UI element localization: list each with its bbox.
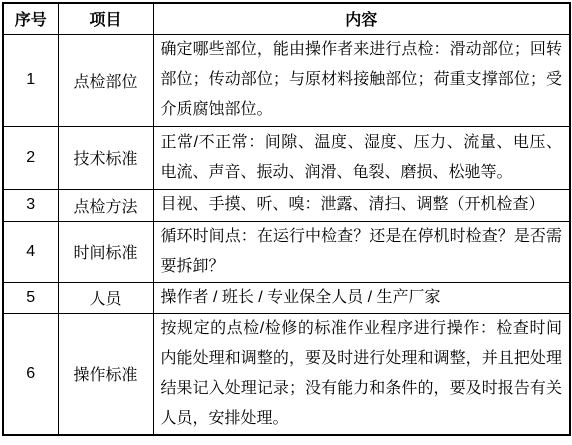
item-cell: 时间标准 (58, 221, 153, 282)
row-number-cell: 3 (3, 189, 58, 221)
content-cell: 循环时间点：在运行中检查？还是在停机时检查？是否需要拆卸？ (153, 221, 570, 282)
content-cell: 正常/不正常：间隙、温度、湿度、压力、流量、电压、电流、声音、振动、润滑、龟裂、… (153, 126, 570, 189)
document-page: 序号 项目 内容 1 点检部位 确定哪些部位，能由操作者来进行点检：滑动部位；回… (0, 0, 572, 445)
row-number-cell: 5 (3, 282, 58, 313)
item-cell: 操作标准 (58, 313, 153, 435)
table-row: 2 技术标准 正常/不正常：间隙、温度、湿度、压力、流量、电压、电流、声音、振动… (3, 126, 570, 189)
item-cell: 点检部位 (58, 34, 153, 126)
header-number: 序号 (3, 3, 58, 34)
table-row: 4 时间标准 循环时间点：在运行中检查？还是在停机时检查？是否需要拆卸？ (3, 221, 570, 282)
table-row: 6 操作标准 按规定的点检/检修的标准作业程序进行操作：检查时间内能处理和调整的… (3, 313, 570, 435)
content-cell: 操作者 / 班长 / 专业保全人员 / 生产厂家 (153, 282, 570, 313)
item-cell: 技术标准 (58, 126, 153, 189)
item-cell: 点检方法 (58, 189, 153, 221)
item-cell: 人员 (58, 282, 153, 313)
table-row: 5 人员 操作者 / 班长 / 专业保全人员 / 生产厂家 (3, 282, 570, 313)
row-number-cell: 2 (3, 126, 58, 189)
header-item: 项目 (58, 3, 153, 34)
row-number-cell: 6 (3, 313, 58, 435)
content-cell: 确定哪些部位，能由操作者来进行点检：滑动部位；回转部位；传动部位；与原材料接触部… (153, 34, 570, 126)
row-number-cell: 4 (3, 221, 58, 282)
inspection-standard-table: 序号 项目 内容 1 点检部位 确定哪些部位，能由操作者来进行点检：滑动部位；回… (2, 2, 571, 436)
header-content: 内容 (153, 3, 570, 34)
table-row: 1 点检部位 确定哪些部位，能由操作者来进行点检：滑动部位；回转部位；传动部位；… (3, 34, 570, 126)
row-number-cell: 1 (3, 34, 58, 126)
content-cell: 按规定的点检/检修的标准作业程序进行操作：检查时间内能处理和调整的，要及时进行处… (153, 313, 570, 435)
content-cell: 目视、手摸、听、嗅：泄露、清扫、调整（开机检查） (153, 189, 570, 221)
table-row: 3 点检方法 目视、手摸、听、嗅：泄露、清扫、调整（开机检查） (3, 189, 570, 221)
header-row: 序号 项目 内容 (3, 3, 570, 34)
